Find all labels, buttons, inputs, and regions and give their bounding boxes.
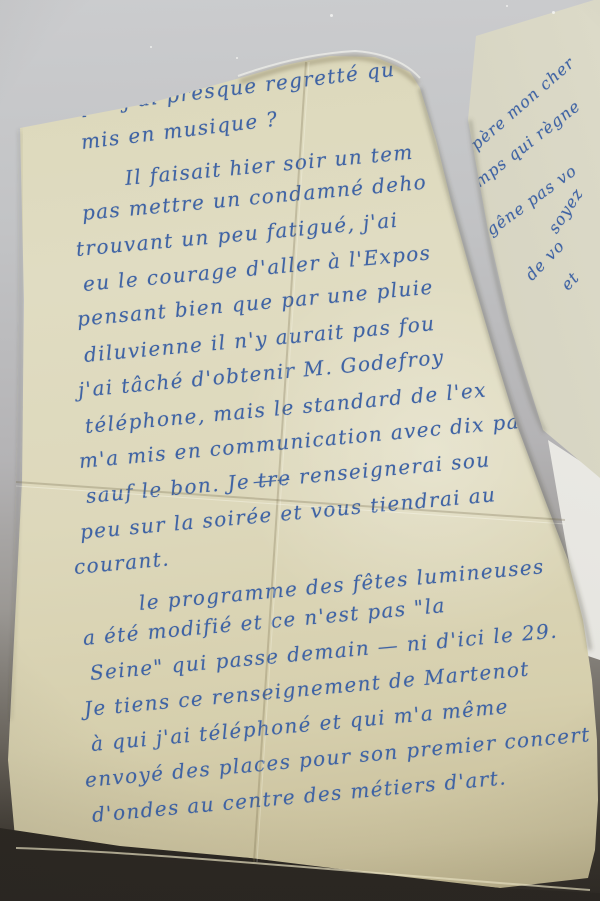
letter-line: courant. [73, 547, 171, 580]
dust-speck [330, 14, 333, 17]
dust-speck [552, 11, 555, 14]
dust-speck [236, 57, 238, 59]
dust-speck [150, 46, 152, 48]
letter-page2-fragment: et [557, 268, 583, 294]
letter-line: que j'ai presque regretté qu [73, 57, 397, 119]
dust-speck [506, 5, 508, 7]
photo-of-letter: espère mon chertemps qui règnegêne pas v… [0, 0, 600, 901]
